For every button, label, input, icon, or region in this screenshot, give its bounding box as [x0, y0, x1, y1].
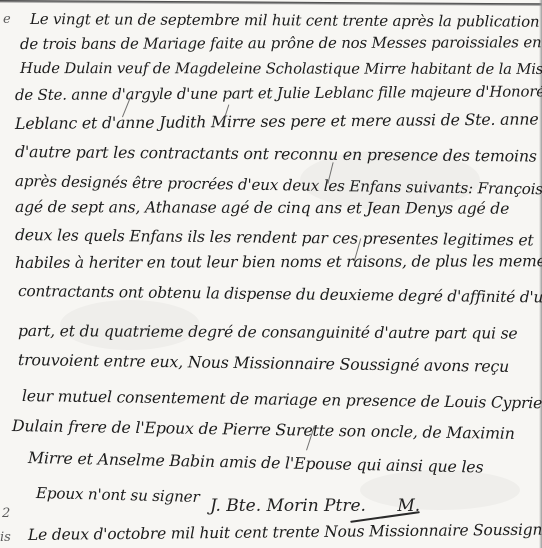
manuscript-line: de trois bans de Mariage faite au prône … [20, 33, 542, 53]
manuscript-page: e 2 is Le vingt et un de septembre mil h… [0, 0, 542, 548]
signature-name: J. Bte. Morin Ptre. [210, 496, 366, 516]
page-top-edge [0, 0, 542, 6]
manuscript-line: part, et du quatrieme degré de consangui… [18, 322, 518, 343]
manuscript-line: d'autre part les contractants ont reconn… [15, 142, 542, 166]
next-entry-line: Le deux d'octobre mil huit cent trente N… [28, 521, 542, 544]
margin-note: is [0, 530, 11, 545]
manuscript-line: agé de sept ans, Athanase agé de cinq an… [15, 198, 509, 218]
manuscript-line: Le vingt et un de septembre mil huit cen… [30, 10, 539, 31]
manuscript-line: Epoux n'ont su signer [36, 484, 200, 506]
manuscript-line: de Ste. anne d'argyle d'une part et Juli… [15, 82, 542, 104]
manuscript-line: Mirre et Anselme Babin amis de l'Epouse … [28, 448, 484, 477]
manuscript-line: Leblanc et d'anne Judith Mirre ses pere … [15, 109, 539, 133]
manuscript-line: leur mutuel consentement de mariage en p… [22, 387, 542, 412]
margin-note: e [3, 12, 11, 27]
manuscript-line: Hude Dulain veuf de Magdeleine Scholasti… [20, 60, 542, 78]
manuscript-line: Dulain frere de l'Epoux de Pierre Surett… [12, 416, 515, 443]
manuscript-line: habiles à heriter en tout leur bien noms… [15, 252, 542, 272]
priest-signature: J. Bte. Morin Ptre. M. [210, 496, 420, 516]
manuscript-line: trouvoient entre eux, Nous Missionnaire … [18, 350, 509, 376]
margin-note: 2 [2, 506, 10, 521]
manuscript-line: deux les quels Enfans ils les rendent pa… [15, 226, 534, 249]
